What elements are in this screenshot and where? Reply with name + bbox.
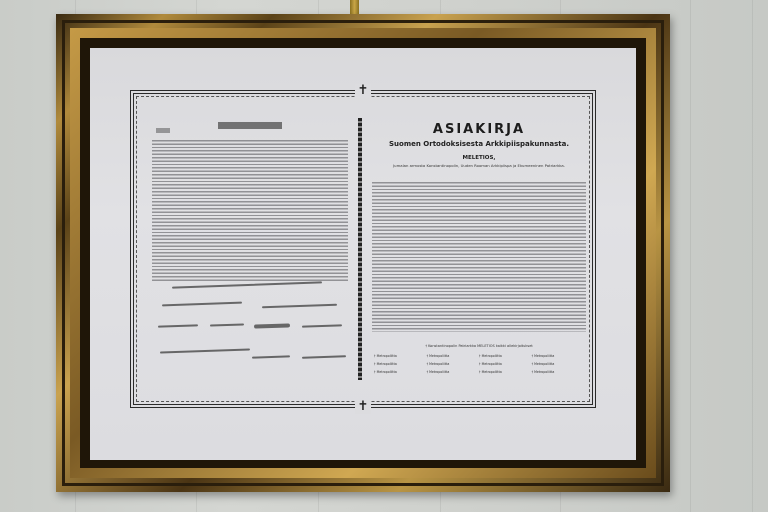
greek-heading	[218, 122, 282, 129]
wall-plank-seam	[690, 0, 691, 512]
issuer-office: Jumalan armosta Konstantinopolin, Uuden …	[372, 163, 586, 168]
finnish-translation-column: ASIAKIRJA Suomen Ortodoksisesta Arkkipii…	[372, 116, 586, 168]
cross-ornament-top: ✝	[355, 84, 371, 98]
signer: † Metropoliitta	[374, 354, 427, 358]
wall-plank-seam	[752, 0, 753, 512]
signers-heading: † Konstantinopolin Patriarkka MELETIOS k…	[372, 344, 586, 348]
signer: † Metropoliitta	[532, 362, 585, 366]
signer: † Metropoliitta	[479, 362, 532, 366]
signer: † Metropoliitta	[427, 362, 480, 366]
signer: † Metropoliitta	[479, 354, 532, 358]
document-subtitle: Suomen Ortodoksisesta Arkkipiispakunnast…	[372, 140, 586, 148]
signer: † Metropoliitta	[479, 370, 532, 374]
signers-list: † Metropoliitta † Metropoliitta † Metrop…	[374, 354, 584, 374]
column-divider	[358, 118, 362, 380]
signer: † Metropoliitta	[532, 370, 585, 374]
signer: † Metropoliitta	[427, 354, 480, 358]
greek-annotation	[156, 128, 170, 133]
signer: † Metropoliitta	[374, 362, 427, 366]
issuer-name: MELETIOS,	[372, 155, 586, 161]
signer: † Metropoliitta	[374, 370, 427, 374]
cross-ornament-bottom: ✝	[355, 400, 371, 414]
signer: † Metropoliitta	[427, 370, 480, 374]
document-title: ASIAKIRJA	[372, 122, 586, 137]
hanging-hook	[350, 0, 359, 14]
finnish-body-text	[372, 182, 586, 332]
greek-body-text	[152, 140, 348, 282]
signer: † Metropoliitta	[532, 354, 585, 358]
